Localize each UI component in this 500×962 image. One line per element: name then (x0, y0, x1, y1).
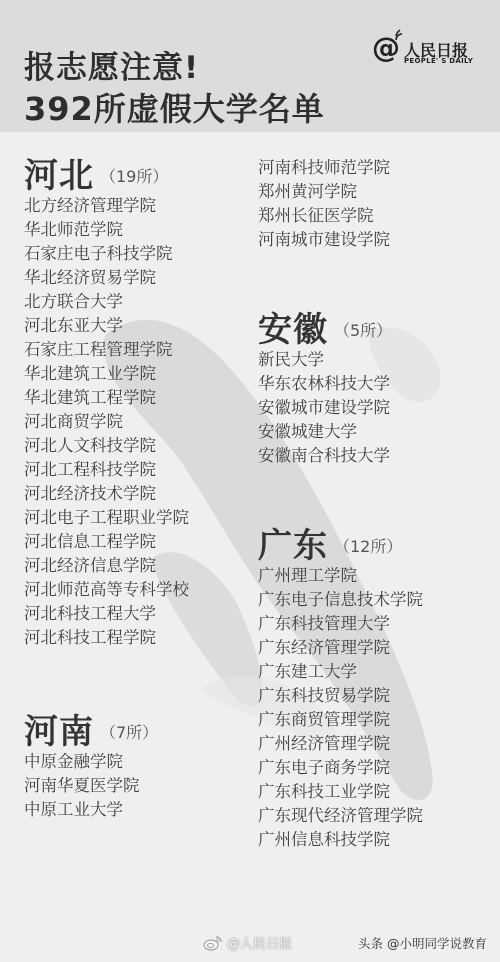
page-title-line1: 报志愿注意! (24, 42, 199, 87)
list-item: 河北工程科技学院 (24, 458, 189, 482)
school-list: 中原金融学院 河南华夏医学院 中原工业大学 (24, 750, 158, 822)
list-item: 石家庄工程管理学院 (24, 338, 189, 362)
list-item: 广州理工学院 (258, 564, 423, 588)
list-item: 华北经济贸易学院 (24, 266, 189, 290)
header-banner: 报志愿注意! 392所虚假大学名单 @ 人民日报 PEOPLE' S DAILY (0, 0, 500, 132)
province-name: 河北 (24, 148, 94, 197)
school-count: （19所） (100, 164, 168, 187)
peoples-daily-logo: @ 人民日报 PEOPLE' S DAILY (372, 28, 482, 68)
list-item: 华北建筑工程学院 (24, 386, 189, 410)
list-item: 河南科技师范学院 (258, 156, 390, 180)
section-henan: 河南 （7所） 中原金融学院 河南华夏医学院 中原工业大学 (24, 706, 158, 822)
list-item: 广东科技贸易学院 (258, 684, 423, 708)
school-list: 北方经济管理学院 华北师范学院 石家庄电子科技学院 华北经济贸易学院 北方联合大… (24, 194, 189, 650)
page-title-line2: 392所虚假大学名单 (24, 84, 325, 130)
section-anhui: 安徽 （5所） 新民大学 华东农林科技大学 安徽城市建设学院 安徽城建大学 安徽… (258, 304, 392, 468)
section-guangdong: 广东 （12所） 广州理工学院 广东电子信息技术学院 广东科技管理大学 广东经济… (258, 520, 423, 852)
list-item: 河北信息工程学院 (24, 530, 189, 554)
list-item: 郑州黄河学院 (258, 180, 390, 204)
section-heading: 河北 （19所） (24, 150, 189, 194)
list-item: 广东建工大学 (258, 660, 423, 684)
list-item: 石家庄电子科技学院 (24, 242, 189, 266)
list-item: 广州经济管理学院 (258, 732, 423, 756)
list-item: 河北科技工程学院 (24, 626, 189, 650)
list-item: 广东电子商务学院 (258, 756, 423, 780)
list-item: 河北商贸学院 (24, 410, 189, 434)
list-item: 广州信息科技学院 (258, 828, 423, 852)
list-item: 华东农林科技大学 (258, 372, 392, 396)
toutiao-credit: 头条 @小明同学说教育 (358, 934, 487, 952)
province-name: 河南 (24, 704, 94, 753)
weibo-icon (203, 935, 223, 951)
province-name: 安徽 (258, 302, 328, 351)
list-item: 河南城市建设学院 (258, 228, 390, 252)
weibo-handle: @人民日报 (227, 933, 292, 952)
list-item: 河北电子工程职业学院 (24, 506, 189, 530)
list-item: 河北科技工程大学 (24, 602, 189, 626)
list-item: 河北师范高等专科学校 (24, 578, 189, 602)
school-count: （7所） (100, 720, 158, 743)
section-hebei: 河北 （19所） 北方经济管理学院 华北师范学院 石家庄电子科技学院 华北经济贸… (24, 150, 189, 650)
list-item: 广东商贸管理学院 (258, 708, 423, 732)
list-item: 广东科技工业学院 (258, 780, 423, 804)
list-item: 郑州长征医学院 (258, 204, 390, 228)
list-item: 河北经济信息学院 (24, 554, 189, 578)
school-list: 河南科技师范学院 郑州黄河学院 郑州长征医学院 河南城市建设学院 (258, 156, 390, 252)
list-item: 安徽南合科技大学 (258, 444, 392, 468)
list-item: 北方联合大学 (24, 290, 189, 314)
list-item: 河北人文科技学院 (24, 434, 189, 458)
list-item: 河北经济技术学院 (24, 482, 189, 506)
list-item: 河北东亚大学 (24, 314, 189, 338)
list-item: 中原金融学院 (24, 750, 158, 774)
section-heading: 广东 （12所） (258, 520, 423, 564)
list-item: 安徽城市建设学院 (258, 396, 392, 420)
school-list: 新民大学 华东农林科技大学 安徽城市建设学院 安徽城建大学 安徽南合科技大学 (258, 348, 392, 468)
school-list: 广州理工学院 广东电子信息技术学院 广东科技管理大学 广东经济管理学院 广东建工… (258, 564, 423, 852)
section-heading: 安徽 （5所） (258, 304, 392, 348)
footer-credits: @人民日报 头条 @小明同学说教育 (0, 933, 500, 953)
school-count: （12所） (334, 534, 402, 557)
list-item: 新民大学 (258, 348, 392, 372)
logo-name-en: PEOPLE' S DAILY (404, 57, 473, 65)
school-count: （5所） (334, 318, 392, 341)
list-item: 安徽城建大学 (258, 420, 392, 444)
list-item: 广东现代经济管理学院 (258, 804, 423, 828)
section-heading: 河南 （7所） (24, 706, 158, 750)
list-item: 华北建筑工业学院 (24, 362, 189, 386)
province-name: 广东 (258, 518, 328, 567)
weibo-watermark: @人民日报 (203, 933, 292, 952)
list-item: 华北师范学院 (24, 218, 189, 242)
list-item: 广东经济管理学院 (258, 636, 423, 660)
list-item: 河南华夏医学院 (24, 774, 158, 798)
list-item: 北方经济管理学院 (24, 194, 189, 218)
list-item: 中原工业大学 (24, 798, 158, 822)
section-henan-continued: 河南科技师范学院 郑州黄河学院 郑州长征医学院 河南城市建设学院 (258, 156, 390, 252)
list-item: 广东电子信息技术学院 (258, 588, 423, 612)
list-item: 广东科技管理大学 (258, 612, 423, 636)
